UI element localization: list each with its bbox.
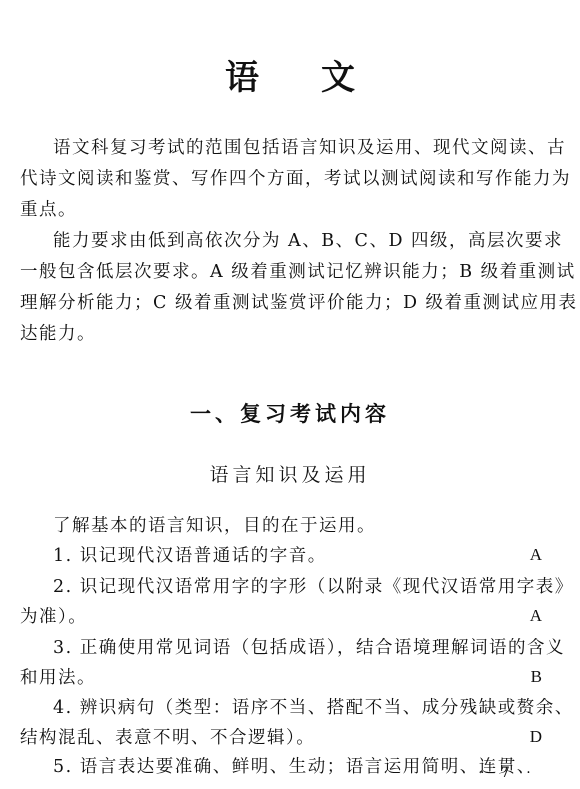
item-4-line-1: 4. 辨识病句（类型：语序不当、搭配不当、成分残缺或赘余、	[53, 697, 545, 719]
item-4-level: D	[530, 727, 542, 747]
page-title: 语文	[0, 50, 580, 99]
item-3-level: B	[531, 667, 542, 687]
item-1-level: A	[530, 545, 542, 565]
item-2-line-2: 为准）。	[20, 606, 545, 628]
sub-intro: 了解基本的语言知识，目的在于运用。	[53, 515, 545, 537]
intro-p2-line-3: 理解分析能力；C 级着重测试鉴赏评价能力；D 级着重测试应用表	[20, 292, 545, 314]
intro-p1-line-1: 语文科复习考试的范围包括语言知识及运用、现代文阅读、古	[53, 137, 545, 159]
intro-p2-line-1: 能力要求由低到高依次分为 A、B、C、D 四级，高层次要求	[53, 230, 545, 252]
intro-p1-line-2: 代诗文阅读和鉴赏、写作四个方面，考试以测试阅读和写作能力为	[20, 168, 545, 190]
title-char-2: 文	[321, 58, 355, 98]
item-2-line-1: 2. 识记现代汉语常用字的字形（以附录《现代汉语常用字表》	[53, 576, 545, 598]
sub-heading: 语言知识及运用	[0, 460, 580, 487]
document-page: 语文 语文科复习考试的范围包括语言知识及运用、现代文阅读、古 代诗文阅读和鉴赏、…	[0, 0, 580, 789]
item-5-line-1: 5. 语言表达要准确、鲜明、生动；语言运用简明、连贯、	[53, 756, 545, 778]
section-heading: 一、复习考试内容	[0, 398, 580, 428]
item-3-line-1: 3. 正确使用常见词语（包括成语），结合语境理解词语的含义	[53, 637, 545, 659]
title-char-1: 语	[225, 58, 259, 98]
item-3-line-2: 和用法。	[20, 667, 545, 689]
intro-p2-line-4: 达能力。	[20, 323, 545, 345]
item-2-level: A	[530, 606, 542, 626]
intro-p1-line-3: 重点。	[20, 199, 545, 221]
intro-p2-line-2: 一般包含低层次要求。A 级着重测试记忆辨识能力；B 级着重测试	[20, 261, 545, 283]
page-number: · 7 ·	[480, 765, 537, 781]
item-4-line-2: 结构混乱、表意不明、不合逻辑）。	[20, 727, 545, 749]
item-1-line-1: 1. 识记现代汉语普通话的字音。	[53, 545, 545, 567]
